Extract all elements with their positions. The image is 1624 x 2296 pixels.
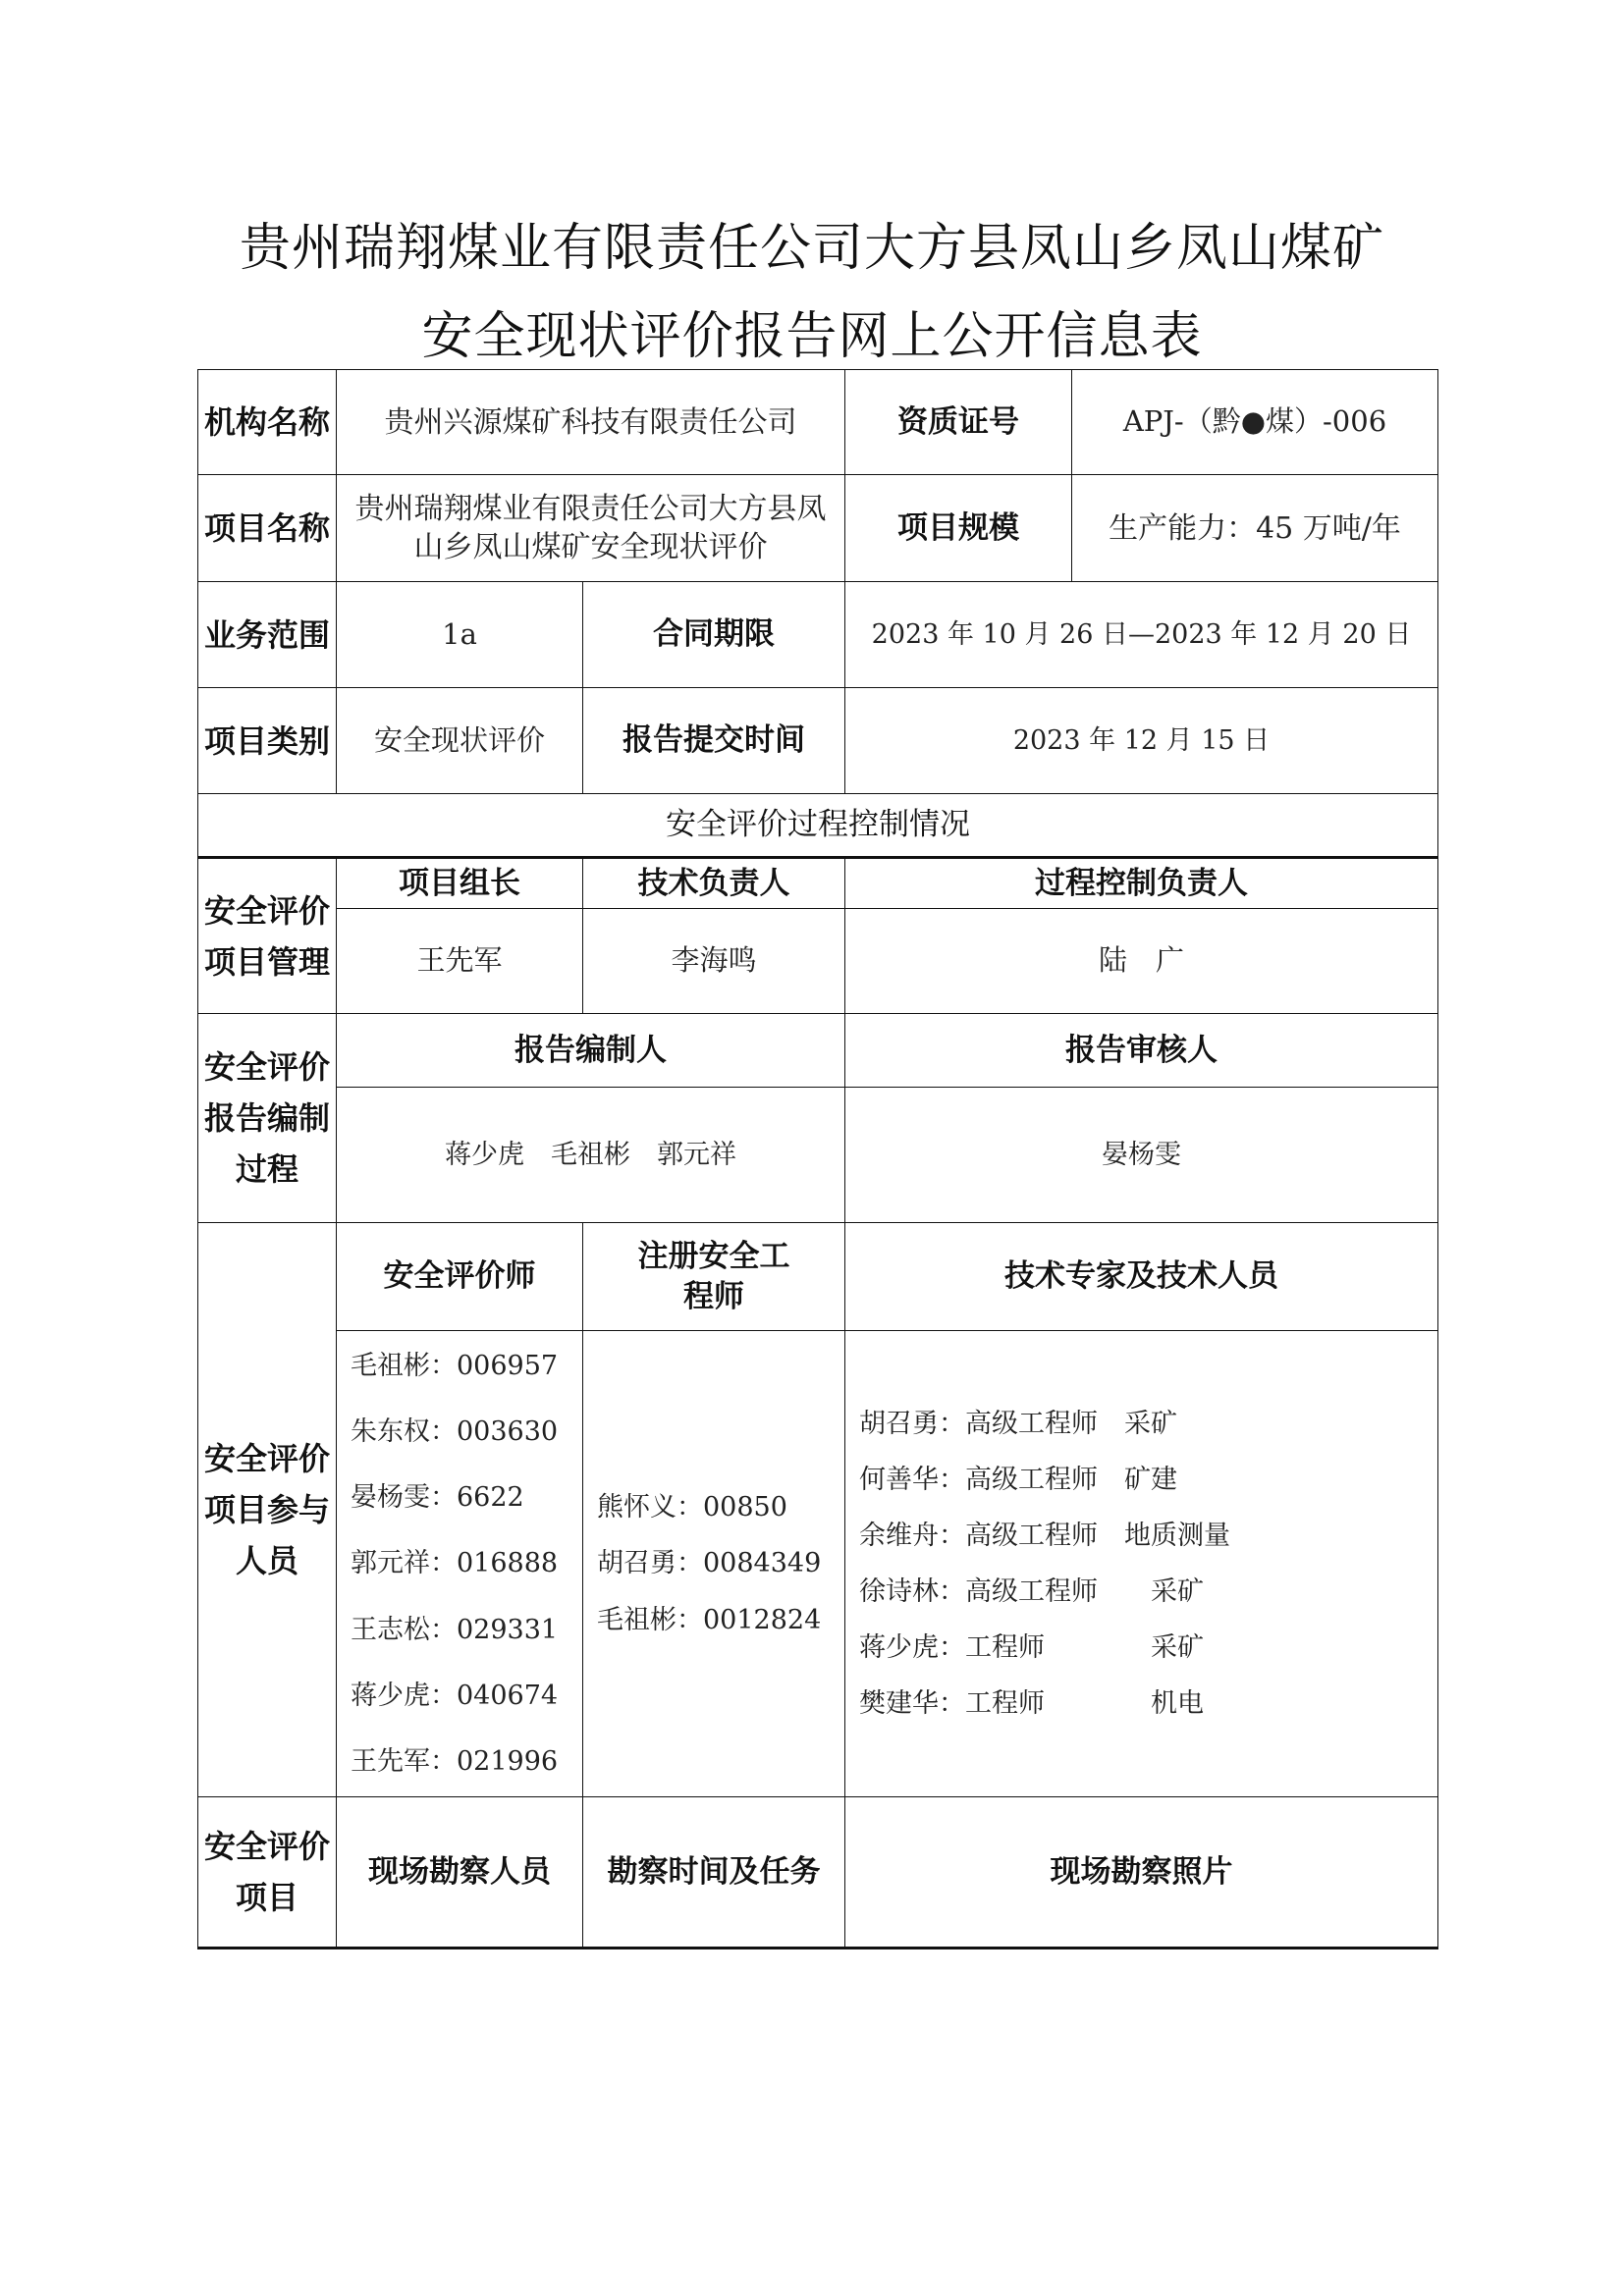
management-label: 安全评价项目管理 — [197, 856, 337, 1014]
site-survey-label: 安全评价项目 — [197, 1796, 337, 1949]
evaluator-item: 王先军：021996 — [351, 1744, 558, 1779]
report-author-value: 蒋少虎 毛祖彬 郭元祥 — [336, 1087, 845, 1223]
project-value: 贵州瑞翔煤业有限责任公司大方县凤山乡凤山煤矿安全现状评价 — [336, 474, 845, 582]
survey-time-task-header: 勘察时间及任务 — [582, 1796, 845, 1949]
expert-item: 余维舟：高级工程师 地质测量 — [859, 1519, 1230, 1553]
evaluators-header: 安全评价师 — [336, 1222, 583, 1331]
expert-item: 徐诗林：高级工程师 采矿 — [859, 1575, 1204, 1609]
evaluator-item: 毛祖彬：006957 — [351, 1349, 558, 1383]
report-author-header: 报告编制人 — [336, 1013, 845, 1088]
tech-lead-value: 李海鸣 — [582, 908, 845, 1014]
expert-item: 何善华：高级工程师 矿建 — [859, 1463, 1177, 1497]
participants-label: 安全评价项目参与人员 — [197, 1222, 337, 1797]
org-label: 机构名称 — [197, 369, 337, 475]
report-label: 安全评价报告编制过程 — [197, 1013, 337, 1223]
expert-item: 樊建华：工程师 机电 — [859, 1686, 1204, 1721]
survey-personnel-header: 现场勘察人员 — [336, 1796, 583, 1949]
evaluator-item: 王志松：029331 — [351, 1613, 558, 1647]
scope-value: 1a — [336, 581, 583, 688]
engineer-item: 胡召勇：0084349 — [597, 1546, 821, 1580]
tech-lead-header: 技术负责人 — [582, 856, 845, 909]
experts-header: 技术专家及技术人员 — [844, 1222, 1438, 1331]
evaluators-list: 毛祖彬：006957 朱东权：003630 晏杨雯：6622 郭元祥：01688… — [336, 1330, 583, 1797]
evaluator-item: 郭元祥：016888 — [351, 1546, 558, 1580]
contract-value: 2023 年 10 月 26 日—2023 年 12 月 20 日 — [844, 581, 1438, 688]
category-label: 项目类别 — [197, 687, 337, 794]
expert-item: 蒋少虎：工程师 采矿 — [859, 1630, 1204, 1665]
category-value: 安全现状评价 — [336, 687, 583, 794]
scale-value: 生产能力：45 万吨/年 — [1071, 474, 1438, 582]
engineer-item: 毛祖彬：0012824 — [597, 1603, 821, 1637]
leader-header: 项目组长 — [336, 856, 583, 909]
process-section-title: 安全评价过程控制情况 — [197, 793, 1438, 857]
engineers-header: 注册安全工程师 — [582, 1222, 845, 1331]
evaluator-item: 朱东权：003630 — [351, 1415, 558, 1449]
experts-list: 胡召勇：高级工程师 采矿 何善华：高级工程师 矿建 余维舟：高级工程师 地质测量… — [844, 1330, 1438, 1797]
report-reviewer-header: 报告审核人 — [844, 1013, 1438, 1088]
contract-label: 合同期限 — [582, 581, 845, 688]
process-lead-header: 过程控制负责人 — [844, 856, 1438, 909]
process-lead-value: 陆 广 — [844, 908, 1438, 1014]
report-reviewer-value: 晏杨雯 — [844, 1087, 1438, 1223]
scope-label: 业务范围 — [197, 581, 337, 688]
project-label: 项目名称 — [197, 474, 337, 582]
leader-value: 王先军 — [336, 908, 583, 1014]
org-value: 贵州兴源煤矿科技有限责任公司 — [336, 369, 845, 475]
expert-item: 胡召勇：高级工程师 采矿 — [859, 1407, 1177, 1441]
cert-value: APJ-（黔●煤）-006 — [1071, 369, 1438, 475]
submit-label: 报告提交时间 — [582, 687, 845, 794]
scale-label: 项目规模 — [844, 474, 1072, 582]
submit-value: 2023 年 12 月 15 日 — [844, 687, 1438, 794]
document-title-line2: 安全现状评价报告网上公开信息表 — [0, 294, 1624, 368]
engineer-item: 熊怀义：00850 — [597, 1490, 787, 1524]
evaluator-item: 蒋少虎：040674 — [351, 1679, 558, 1713]
document-title-line1: 贵州瑞翔煤业有限责任公司大方县凤山乡凤山煤矿 — [0, 206, 1624, 280]
engineers-list: 熊怀义：00850 胡召勇：0084349 毛祖彬：0012824 — [582, 1330, 845, 1797]
cert-label: 资质证号 — [844, 369, 1072, 475]
survey-photos-header: 现场勘察照片 — [844, 1796, 1438, 1949]
evaluator-item: 晏杨雯：6622 — [351, 1480, 524, 1515]
